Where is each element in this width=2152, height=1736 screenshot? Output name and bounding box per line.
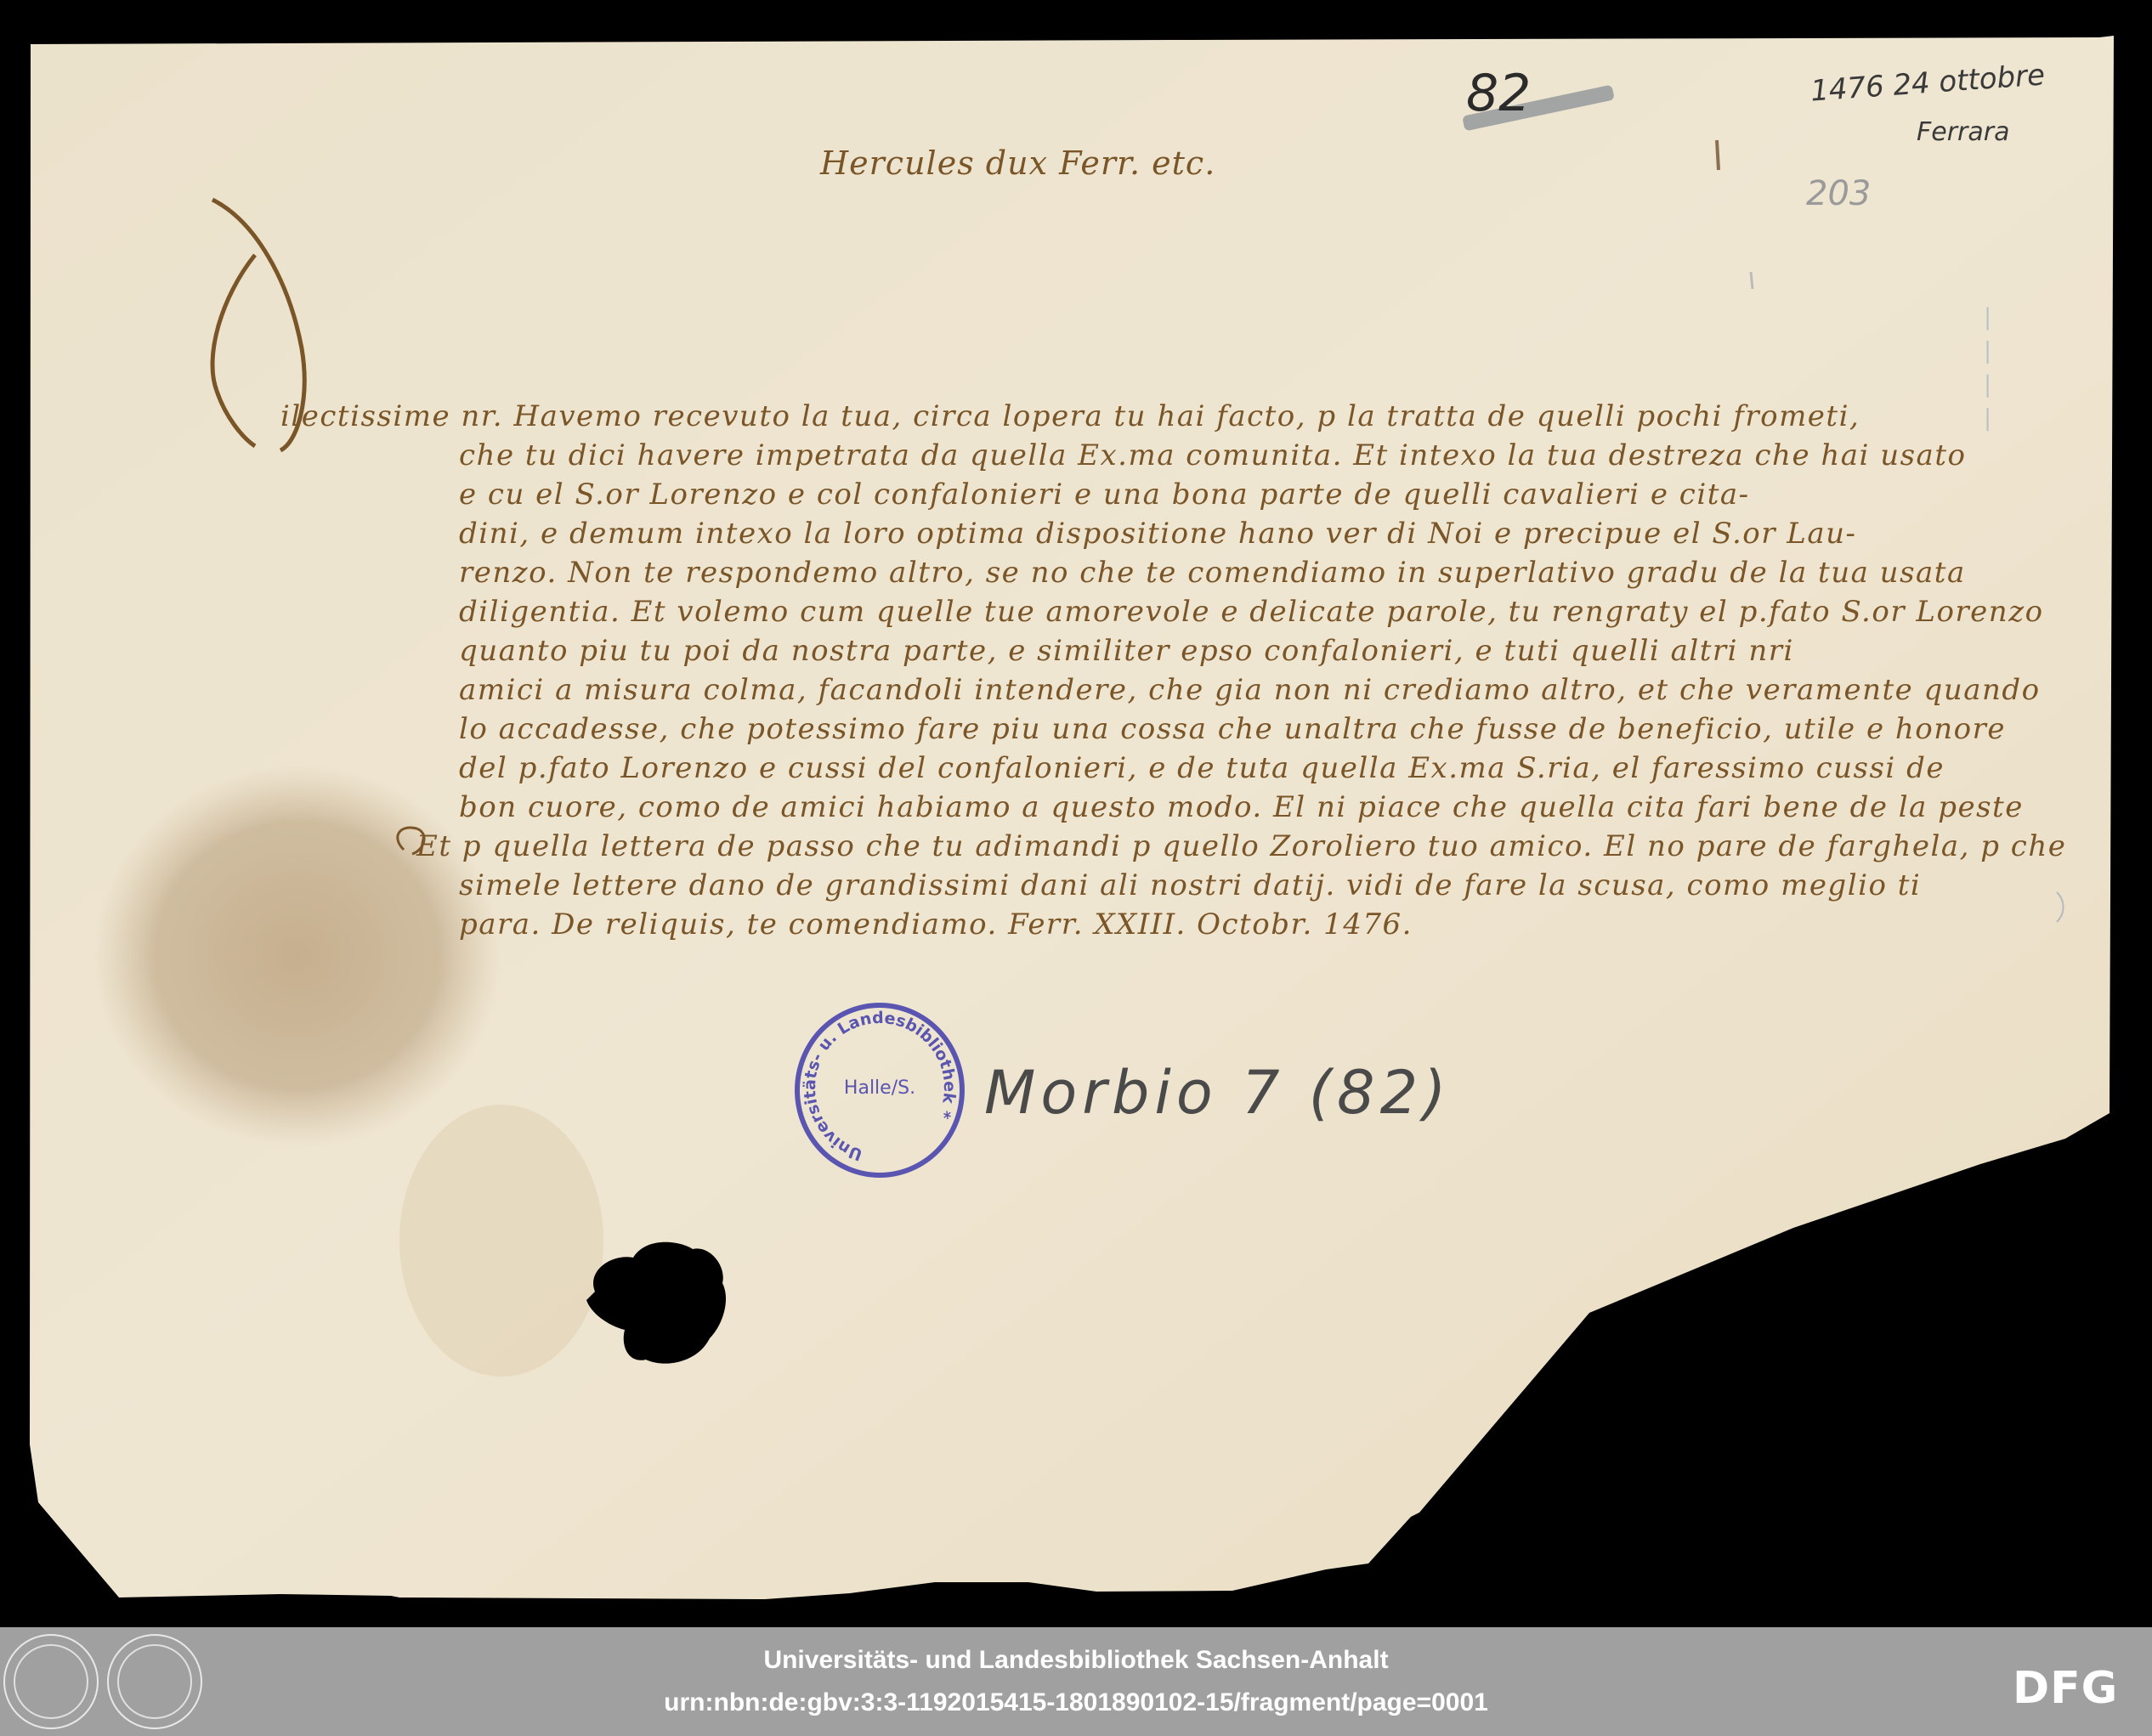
body-line: para. De reliquis, te comendiamo. Ferr. … bbox=[280, 908, 2066, 947]
scan-area: — — — — Hercules dux Ferr. etc. D ilecti… bbox=[0, 0, 2152, 1627]
library-stamp: Universitäts- u. Landesbibliothek * Hall… bbox=[795, 1003, 965, 1178]
faded-number: 203 bbox=[1806, 174, 1871, 213]
letter-heading: Hercules dux Ferr. etc. bbox=[820, 144, 1215, 182]
body-line: dini, e demum intexo la loro optima disp… bbox=[280, 517, 2066, 556]
body-line: che tu dici havere impetrata da quella E… bbox=[280, 438, 2066, 478]
body-line: ilectissime nr. Havemo recevuto la tua, … bbox=[280, 399, 2066, 438]
urn-identifier: urn:nbn:de:gbv:3:3-1192015415-1801890102… bbox=[0, 1688, 2152, 1717]
crossed-out-number: 82 bbox=[1466, 64, 1531, 123]
dfg-logo: DFG bbox=[2013, 1663, 2118, 1714]
body-line: del p.fato Lorenzo e cussi del confaloni… bbox=[280, 751, 2066, 790]
shelfmark: Morbio 7 (82) bbox=[984, 1058, 1451, 1128]
body-line: diligentia. Et volemo cum quelle tue amo… bbox=[280, 595, 2066, 634]
letter-body: ilectissime nr. Havemo recevuto la tua, … bbox=[280, 399, 2066, 947]
stamp-center-text: Halle/S. bbox=[800, 1077, 960, 1099]
body-line: Et p quella lettera de passo che tu adim… bbox=[280, 829, 2066, 868]
body-line: lo accadesse, che potessimo fare piu una… bbox=[280, 712, 2066, 751]
archive-place-note: Ferrara bbox=[1917, 117, 2009, 147]
body-line: quanto piu tu poi da nostra parte, e sim… bbox=[280, 634, 2066, 673]
body-line: bon cuore, como de amici habiamo a quest… bbox=[280, 790, 2066, 829]
body-line: renzo. Non te respondemo altro, se no ch… bbox=[280, 556, 2066, 595]
body-line: simele lettere dano de grandissimi dani … bbox=[280, 868, 2066, 908]
body-line: amici a misura colma, facandoli intender… bbox=[280, 673, 2066, 712]
body-line: e cu el S.or Lorenzo e col confalonieri … bbox=[280, 478, 2066, 517]
institution-name: Universitäts- und Landesbibliothek Sachs… bbox=[0, 1646, 2152, 1675]
footer-bar: Universitäts- und Landesbibliothek Sachs… bbox=[0, 1627, 2152, 1736]
